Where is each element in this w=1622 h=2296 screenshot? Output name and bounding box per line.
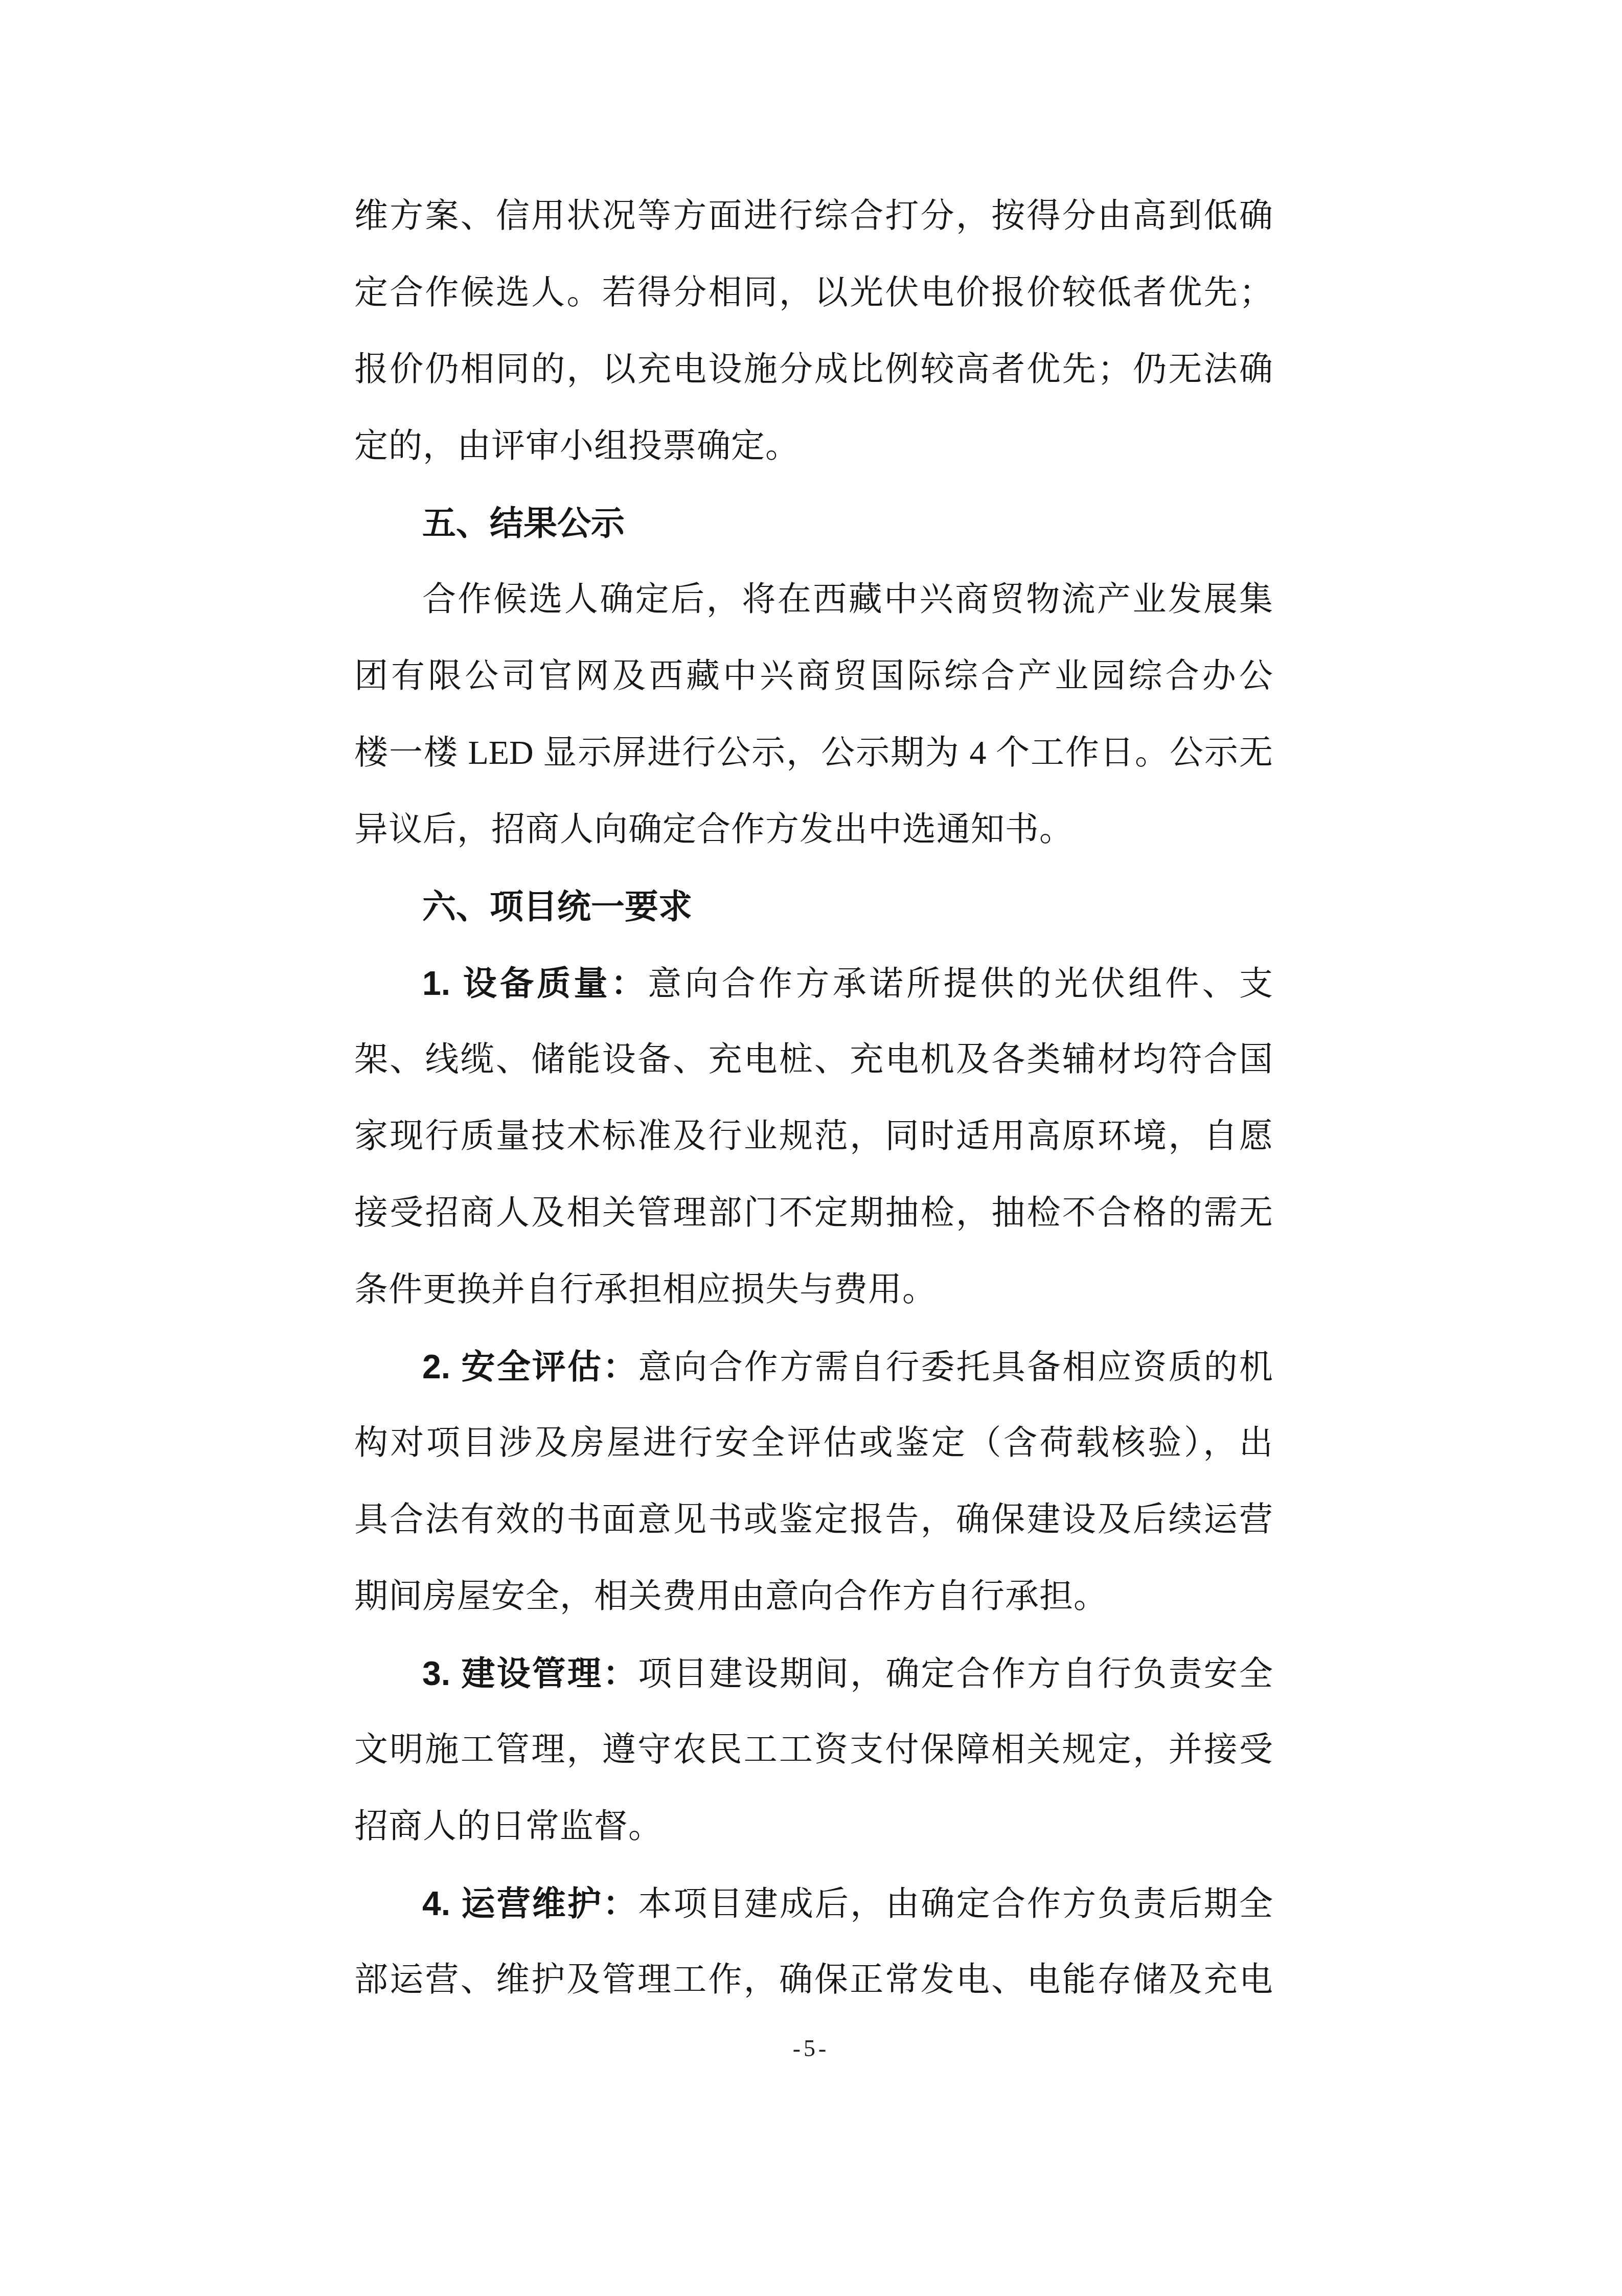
clause-equipment-quality: 1. 设备质量：意向合作方承诺所提供的光伏组件、支 架、线缆、储能设备、充电桩、… xyxy=(354,945,1273,1328)
clause-text: 本项目建成后，由确定合作方负责后期全 xyxy=(638,1885,1273,1923)
clause-first-line: 2. 安全评估：意向合作方需自行委托具备相应资质的机 xyxy=(354,1328,1273,1405)
clause-first-line: 1. 设备质量：意向合作方承诺所提供的光伏组件、支 xyxy=(354,945,1273,1021)
clause-lead: 2. 安全评估： xyxy=(422,1348,638,1385)
section-heading-results-publicity: 五、结果公示 xyxy=(354,485,1273,561)
body-line: 构对项目涉及房屋进行安全评估或鉴定（含荷载核验），出 xyxy=(354,1405,1273,1482)
body-line: 具合法有效的书面意见书或鉴定报告，确保建设及后续运营 xyxy=(354,1482,1273,1558)
body-line: 期间房屋安全，相关费用由意向合作方自行承担。 xyxy=(354,1558,1273,1635)
clause-operation-maintenance: 4. 运营维护：本项目建成后，由确定合作方负责后期全 部运营、维护及管理工作，确… xyxy=(354,1865,1273,2018)
body-line: 部运营、维护及管理工作，确保正常发电、电能存储及充电 xyxy=(354,1942,1273,2018)
clause-text: 意向合作方承诺所提供的光伏组件、支 xyxy=(648,965,1273,1003)
clause-first-line: 3. 建设管理：项目建设期间，确定合作方自行负责安全 xyxy=(354,1635,1273,1712)
clause-lead: 1. 设备质量： xyxy=(422,964,648,1002)
body-line: 定合作候选人。若得分相同，以光伏电价报价较低者优先； xyxy=(354,255,1273,331)
clause-text: 项目建设期间，确定合作方自行负责安全 xyxy=(638,1655,1273,1693)
body-line: 招商人的日常监督。 xyxy=(354,1788,1273,1865)
body-line: 接受招商人及相关管理部门不定期抽检，抽检不合格的需无 xyxy=(354,1175,1273,1252)
body-line: 家现行质量技术标准及行业规范，同时适用高原环境，自愿 xyxy=(354,1098,1273,1175)
paragraph-results-publicity: 合作候选人确定后，将在西藏中兴商贸物流产业发展集 团有限公司官网及西藏中兴商贸国… xyxy=(354,561,1273,868)
clause-lead: 3. 建设管理： xyxy=(422,1654,638,1692)
body-line: 条件更换并自行承担相应损失与费用。 xyxy=(354,1252,1273,1328)
body-line: 定的，由评审小组投票确定。 xyxy=(354,408,1273,485)
clause-lead: 4. 运营维护： xyxy=(422,1884,638,1922)
body-line: 架、线缆、储能设备、充电桩、充电机及各类辅材均符合国 xyxy=(354,1021,1273,1098)
page-number: -5- xyxy=(0,2031,1622,2066)
paragraph-continuation: 维方案、信用状况等方面进行综合打分，按得分由高到低确 定合作候选人。若得分相同，… xyxy=(354,178,1273,485)
clause-construction-management: 3. 建设管理：项目建设期间，确定合作方自行负责安全 文明施工管理，遵守农民工工… xyxy=(354,1635,1273,1865)
body-line: 合作候选人确定后，将在西藏中兴商贸物流产业发展集 xyxy=(354,561,1273,638)
clause-safety-assessment: 2. 安全评估：意向合作方需自行委托具备相应资质的机 构对项目涉及房屋进行安全评… xyxy=(354,1328,1273,1635)
body-line: 文明施工管理，遵守农民工工资支付保障相关规定，并接受 xyxy=(354,1712,1273,1788)
body-line: 楼一楼 LED 显示屏进行公示，公示期为 4 个工作日。公示无 xyxy=(354,715,1273,791)
body-line: 异议后，招商人向确定合作方发出中选通知书。 xyxy=(354,791,1273,868)
document-page: 维方案、信用状况等方面进行综合打分，按得分由高到低确 定合作候选人。若得分相同，… xyxy=(0,0,1622,2296)
section-heading-unified-requirements: 六、项目统一要求 xyxy=(354,868,1273,945)
page-body: 维方案、信用状况等方面进行综合打分，按得分由高到低确 定合作候选人。若得分相同，… xyxy=(354,178,1273,2018)
clause-text: 意向合作方需自行委托具备相应资质的机 xyxy=(638,1349,1273,1386)
body-line: 报价仍相同的，以充电设施分成比例较高者优先；仍无法确 xyxy=(354,331,1273,408)
body-line: 团有限公司官网及西藏中兴商贸国际综合产业园综合办公 xyxy=(354,638,1273,715)
clause-first-line: 4. 运营维护：本项目建成后，由确定合作方负责后期全 xyxy=(354,1865,1273,1942)
body-line: 维方案、信用状况等方面进行综合打分，按得分由高到低确 xyxy=(354,178,1273,255)
